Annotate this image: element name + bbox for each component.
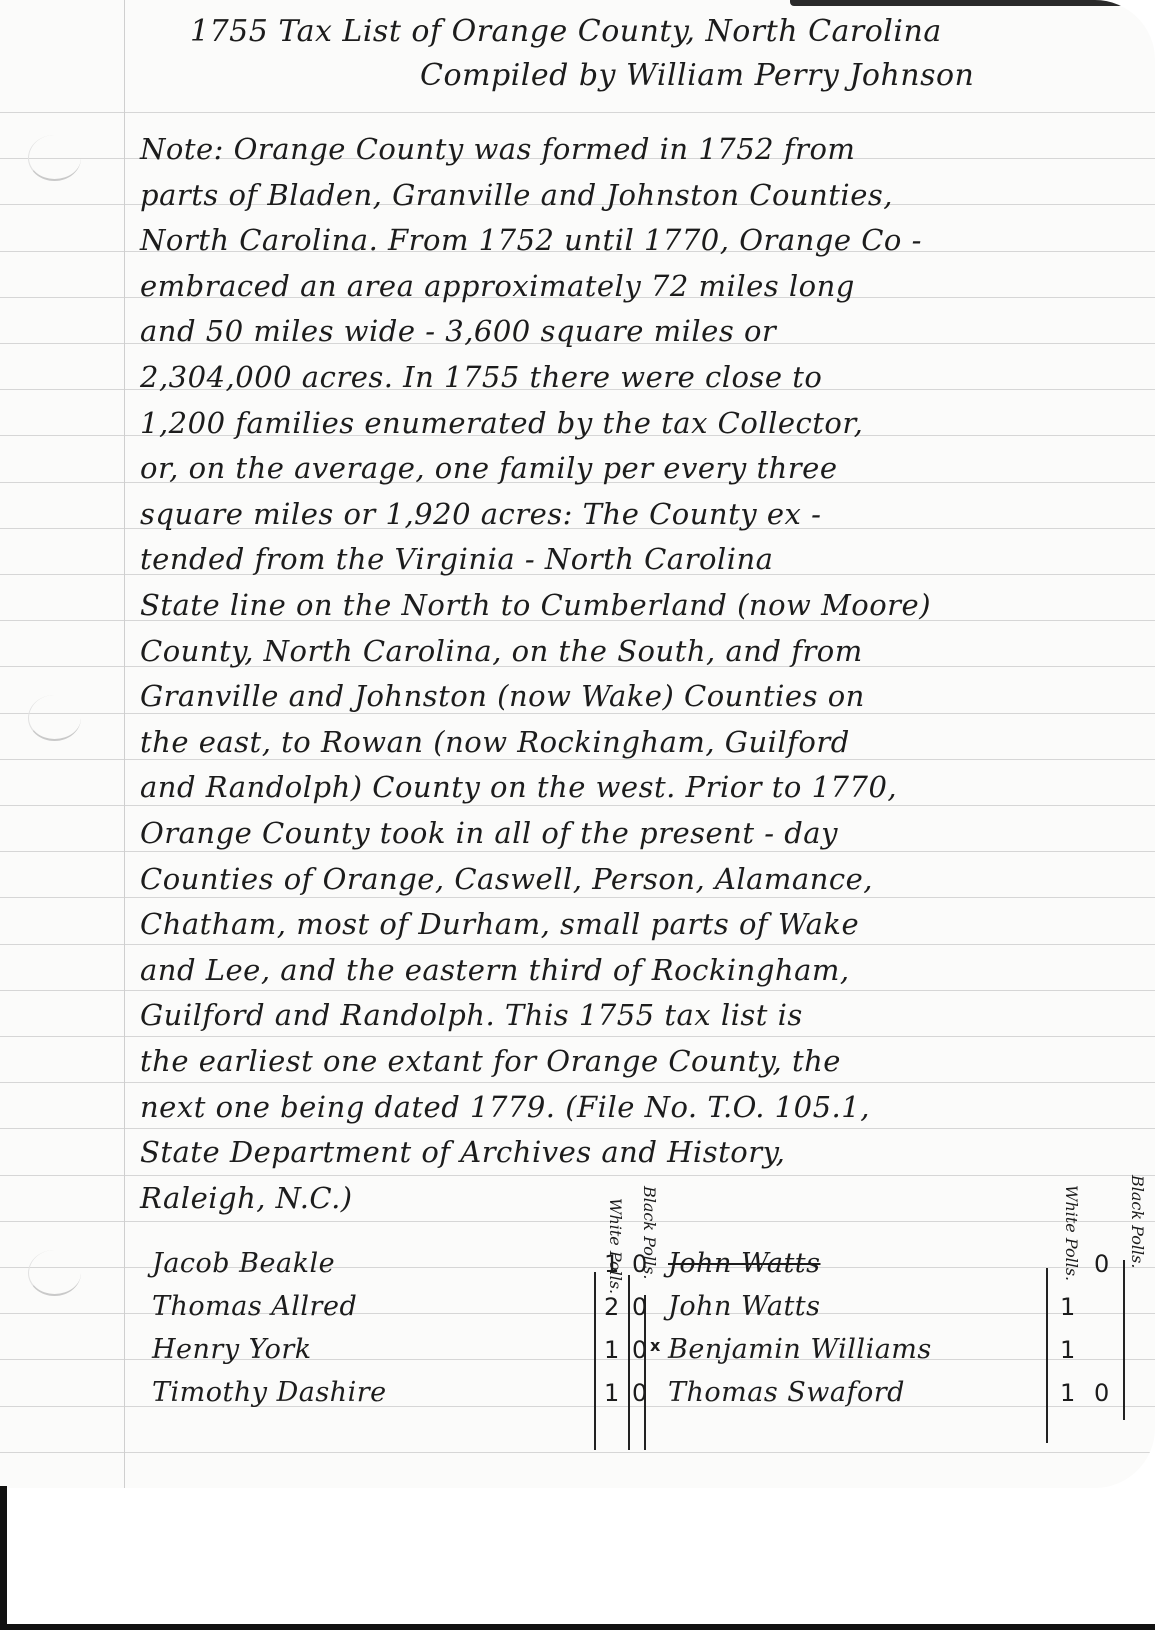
black-polls-count: 0	[632, 1379, 647, 1407]
white-polls-count: 2	[604, 1293, 619, 1321]
white-polls-count: 1	[1060, 1293, 1075, 1321]
taxpayer-name: Timothy Dashire	[152, 1377, 387, 1408]
black-polls-count: 0	[632, 1250, 647, 1278]
column-rule	[628, 1275, 630, 1450]
note-line: Raleigh, N.C.)	[140, 1181, 353, 1215]
rule-line	[0, 1175, 1155, 1176]
white-polls-count: 1	[604, 1379, 619, 1407]
note-line: 1,200 families enumerated by the tax Col…	[140, 406, 863, 440]
note-line: Granville and Johnston (now Wake) Counti…	[140, 679, 865, 713]
note-line: tended from the Virginia - North Carolin…	[140, 542, 773, 576]
black-polls-count: 0	[1094, 1250, 1109, 1278]
rule-line	[0, 897, 1155, 898]
rule-line	[0, 1221, 1155, 1222]
rule-line	[0, 112, 1155, 113]
taxpayer-name: Thomas Allred	[152, 1291, 357, 1322]
rule-line	[0, 944, 1155, 945]
rule-line	[0, 1036, 1155, 1037]
black-polls-count: 0	[632, 1293, 647, 1321]
note-line: or, on the average, one family per every…	[140, 451, 837, 485]
taxpayer-name: Jacob Beakle	[152, 1248, 335, 1279]
taxpayer-name: Benjamin Williams	[668, 1334, 932, 1365]
document-title: 1755 Tax List of Orange County, North Ca…	[190, 14, 942, 49]
white-polls-header-right: White Polls.	[1062, 1185, 1081, 1281]
scan-border	[0, 1624, 1155, 1630]
black-polls-header-right: Black Polls.	[1128, 1175, 1147, 1268]
note-line: and Lee, and the eastern third of Rockin…	[140, 953, 850, 987]
note-line: the east, to Rowan (now Rockingham, Guil…	[140, 725, 850, 759]
note-line: Counties of Orange, Caswell, Person, Ala…	[140, 862, 873, 896]
taxpayer-name: Henry York	[152, 1334, 312, 1365]
note-line: State Department of Archives and History…	[140, 1135, 785, 1169]
rule-line	[0, 1082, 1155, 1083]
document-subtitle: Compiled by William Perry Johnson	[420, 58, 974, 93]
note-line: 2,304,000 acres. In 1755 there were clos…	[140, 360, 822, 394]
margin-line	[124, 0, 125, 1488]
annotation-mark: x	[650, 1336, 660, 1355]
note-line: square miles or 1,920 acres: The County …	[140, 497, 821, 531]
punch-hole	[28, 135, 81, 181]
note-line: Chatham, most of Durham, small parts of …	[140, 907, 859, 941]
note-line: embraced an area approximately 72 miles …	[140, 269, 855, 303]
taxpayer-name: John Watts	[668, 1248, 821, 1279]
rule-line	[0, 805, 1155, 806]
punch-hole	[28, 1250, 81, 1296]
note-line: Note: Orange County was formed in 1752 f…	[140, 132, 855, 166]
black-polls-count: 0	[1094, 1379, 1109, 1407]
note-line: Guilford and Randolph. This 1755 tax lis…	[140, 998, 803, 1032]
scan-border	[0, 1486, 7, 1630]
white-polls-count: 1	[1060, 1336, 1075, 1364]
column-rule	[594, 1272, 596, 1450]
note-line: State line on the North to Cumberland (n…	[140, 588, 931, 622]
white-polls-count: 1	[604, 1250, 619, 1278]
note-line: County, North Carolina, on the South, an…	[140, 634, 863, 668]
ruled-notebook-page: 1755 Tax List of Orange County, North Ca…	[0, 0, 1155, 1488]
rule-line	[0, 851, 1155, 852]
note-line: Orange County took in all of the present…	[140, 816, 838, 850]
note-line: North Carolina. From 1752 until 1770, Or…	[140, 223, 922, 257]
rule-line	[0, 1128, 1155, 1129]
taxpayer-name: Thomas Swaford	[668, 1377, 905, 1408]
black-polls-count: 0	[632, 1336, 647, 1364]
rule-line	[0, 1452, 1155, 1453]
white-polls-count: 1	[604, 1336, 619, 1364]
scan-shadow	[790, 0, 1155, 6]
note-line: the earliest one extant for Orange Count…	[140, 1044, 841, 1078]
white-polls-header: White Polls.	[606, 1198, 625, 1294]
column-rule	[1123, 1260, 1125, 1420]
note-line: and Randolph) County on the west. Prior …	[140, 770, 897, 804]
note-line: and 50 miles wide - 3,600 square miles o…	[140, 314, 776, 348]
column-rule	[1046, 1268, 1048, 1443]
white-polls-count: 1	[1060, 1379, 1075, 1407]
note-line: parts of Bladen, Granville and Johnston …	[140, 178, 893, 212]
taxpayer-name: John Watts	[668, 1291, 821, 1322]
rule-line	[0, 990, 1155, 991]
punch-hole	[28, 695, 81, 741]
note-line: next one being dated 1779. (File No. T.O…	[140, 1090, 870, 1124]
rule-line	[0, 759, 1155, 760]
